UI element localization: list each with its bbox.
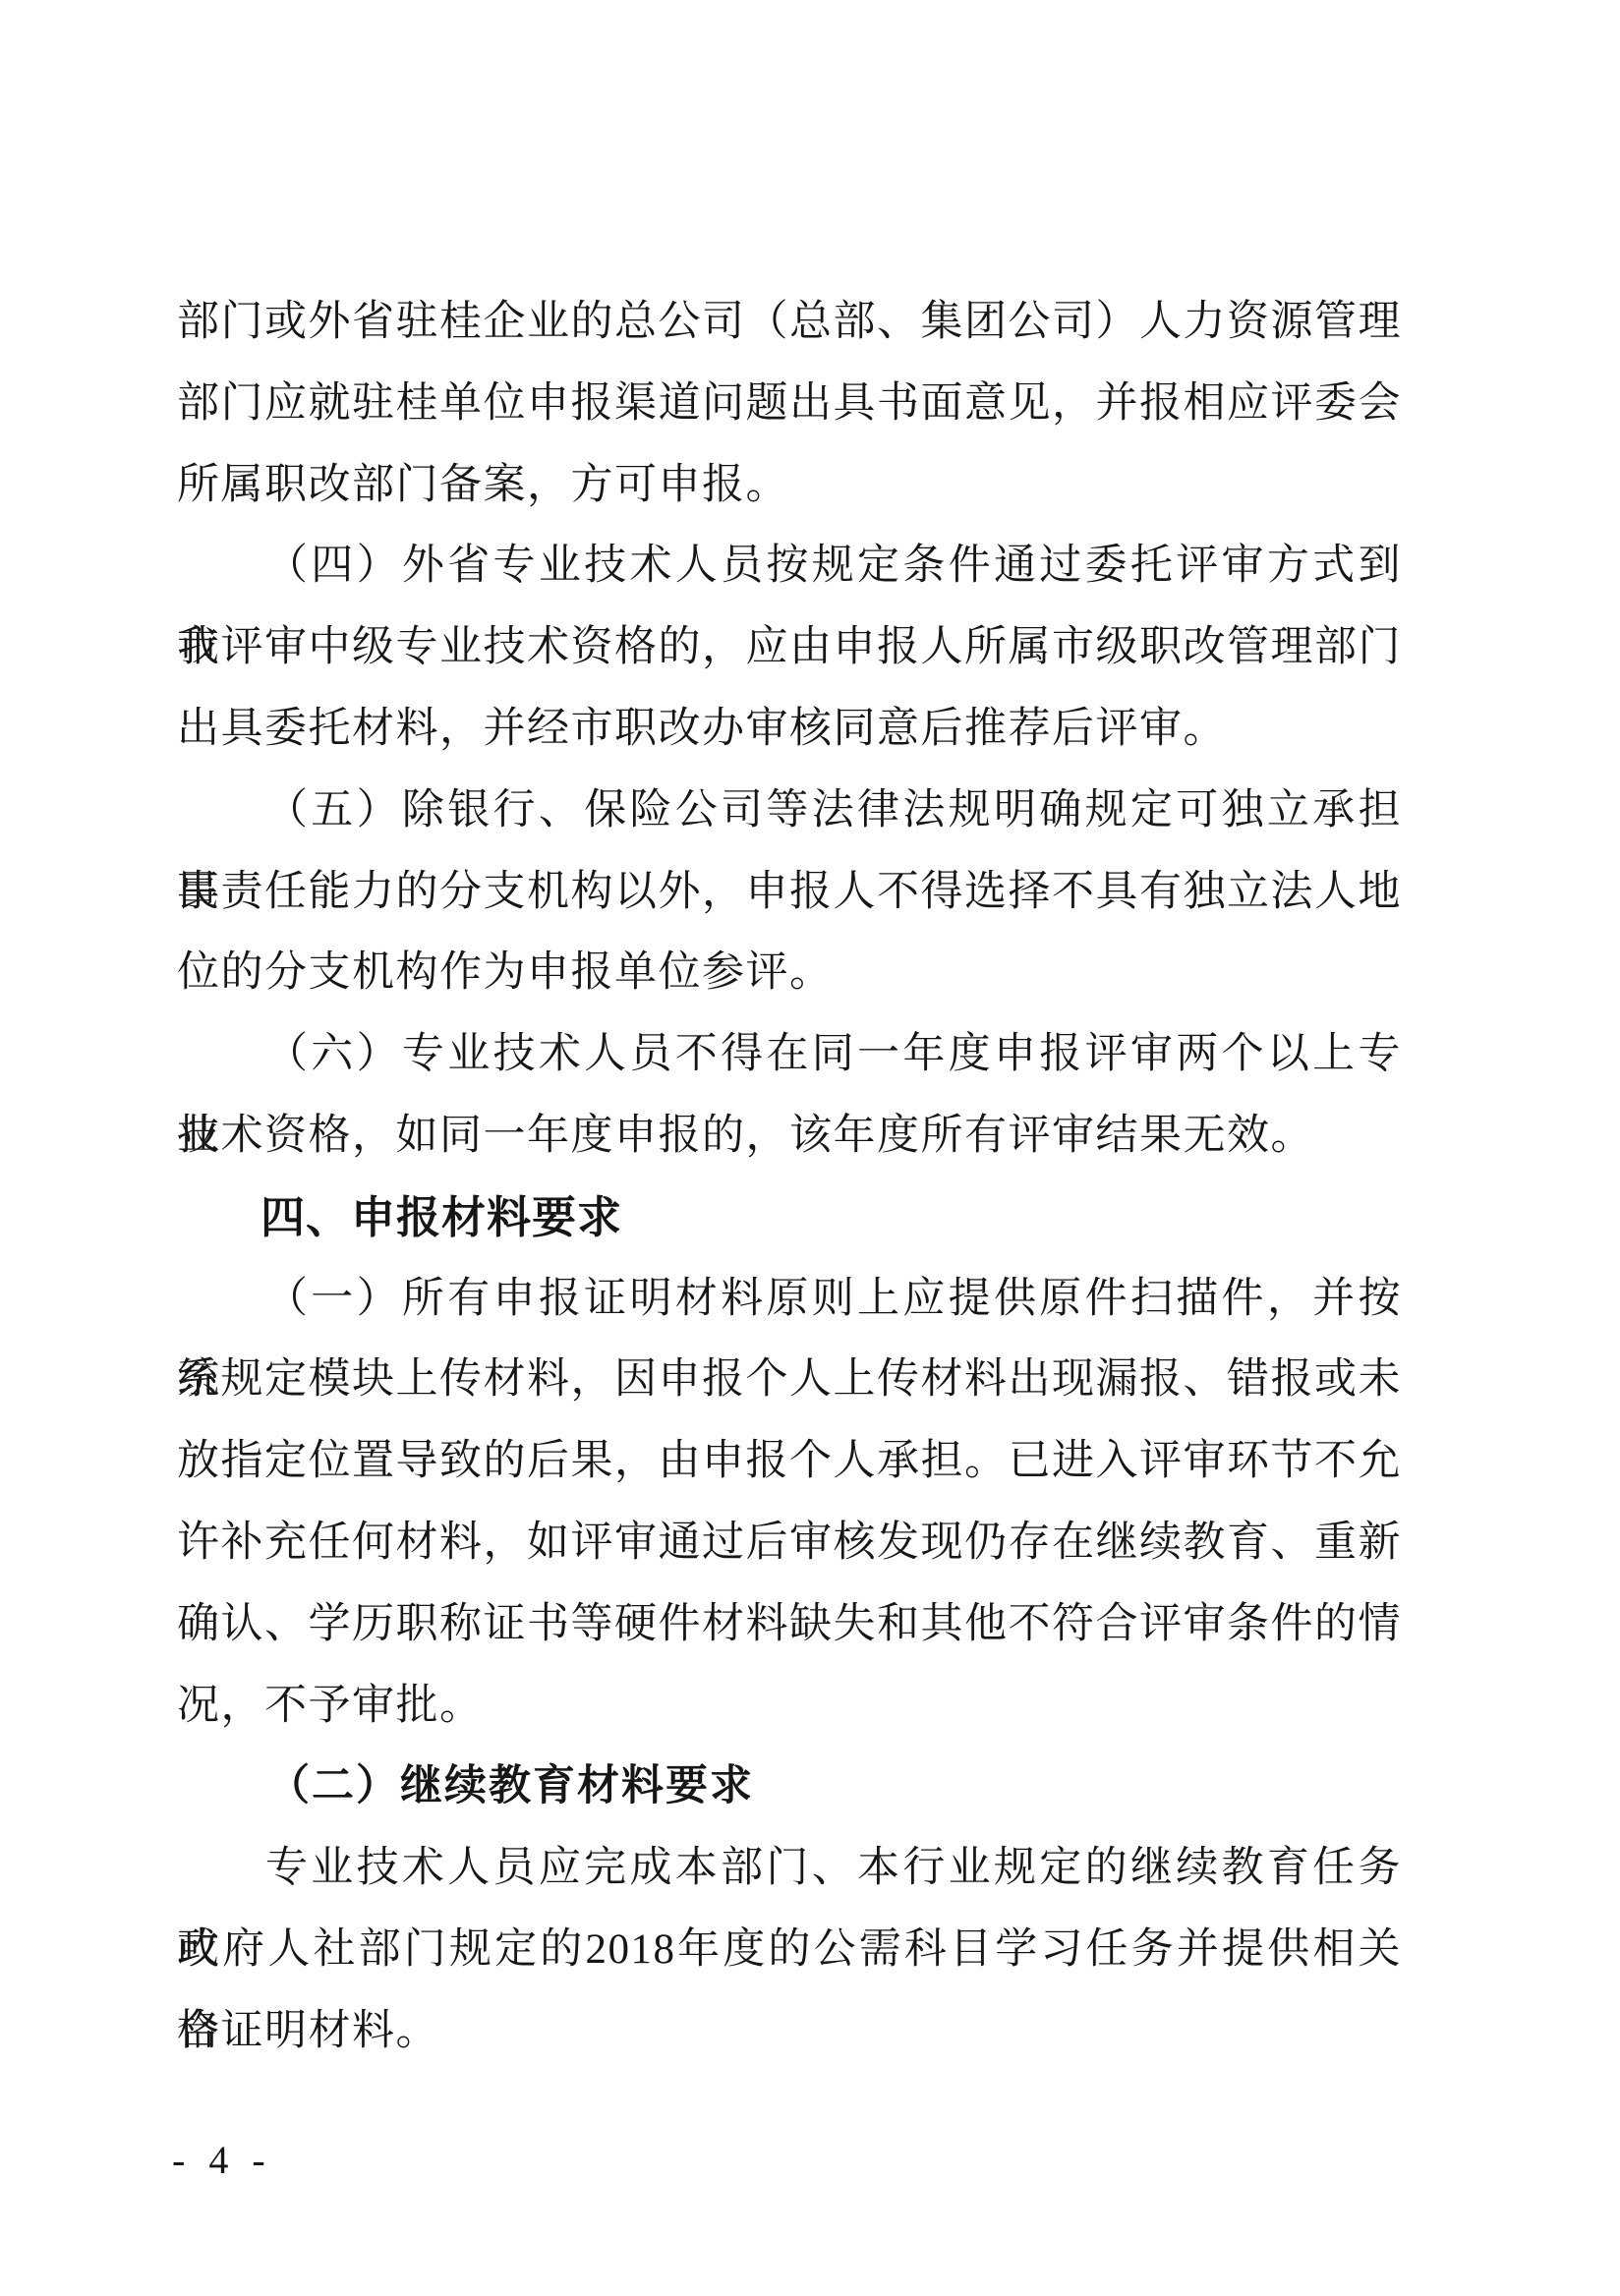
body-line: 放指定位置导致的后果，由申报个人承担。已进入评审环节不允	[177, 1421, 1402, 1503]
subsection-heading: （二）继续教育材料要求	[177, 1747, 1402, 1828]
page-number: - 4 -	[172, 2131, 272, 2190]
body-line: 格证明材料。	[177, 1991, 1402, 2073]
body-line: 技术资格，如同一年度申报的，该年度所有评审结果无效。	[177, 1096, 1402, 1177]
body-line: 部门应就驻桂单位申报渠道问题出具书面意见，并报相应评委会	[177, 364, 1402, 445]
body-line: 市评审中级专业技术资格的，应由申报人所属市级职改管理部门	[177, 607, 1402, 689]
body-line: （四）外省专业技术人员按规定条件通过委托评审方式到我	[177, 526, 1402, 607]
body-line: 出具委托材料，并经市职改办审核同意后推荐后评审。	[177, 689, 1402, 771]
body-line: 况，不予审批。	[177, 1666, 1402, 1748]
document-page: 部门或外省驻桂企业的总公司（总部、集团公司）人力资源管理 部门应就驻桂单位申报渠…	[0, 0, 1620, 2296]
body-line: （一）所有申报证明材料原则上应提供原件扫描件，并按系	[177, 1259, 1402, 1341]
document-body: 部门或外省驻桂企业的总公司（总部、集团公司）人力资源管理 部门应就驻桂单位申报渠…	[177, 282, 1402, 2073]
body-line: 政府人社部门规定的2018年度的公需科目学习任务并提供相关合	[177, 1910, 1402, 1991]
body-line: 统规定模块上传材料，因申报个人上传材料出现漏报、错报或未	[177, 1340, 1402, 1421]
body-line: （五）除银行、保险公司等法律法规明确规定可独立承担民	[177, 771, 1402, 852]
body-line: 确认、学历职称证书等硬件材料缺失和其他不符合评审条件的情	[177, 1584, 1402, 1666]
section-heading: 四、申报材料要求	[177, 1177, 1402, 1259]
body-line: 专业技术人员应完成本部门、本行业规定的继续教育任务或	[177, 1828, 1402, 1910]
body-line: 部门或外省驻桂企业的总公司（总部、集团公司）人力资源管理	[177, 282, 1402, 364]
body-line: 所属职改部门备案，方可申报。	[177, 445, 1402, 527]
body-line: 位的分支机构作为申报单位参评。	[177, 933, 1402, 1014]
body-line: （六）专业技术人员不得在同一年度申报评审两个以上专业	[177, 1014, 1402, 1096]
body-line: 事责任能力的分支机构以外，申报人不得选择不具有独立法人地	[177, 852, 1402, 934]
body-line: 许补充任何材料，如评审通过后审核发现仍存在继续教育、重新	[177, 1503, 1402, 1584]
